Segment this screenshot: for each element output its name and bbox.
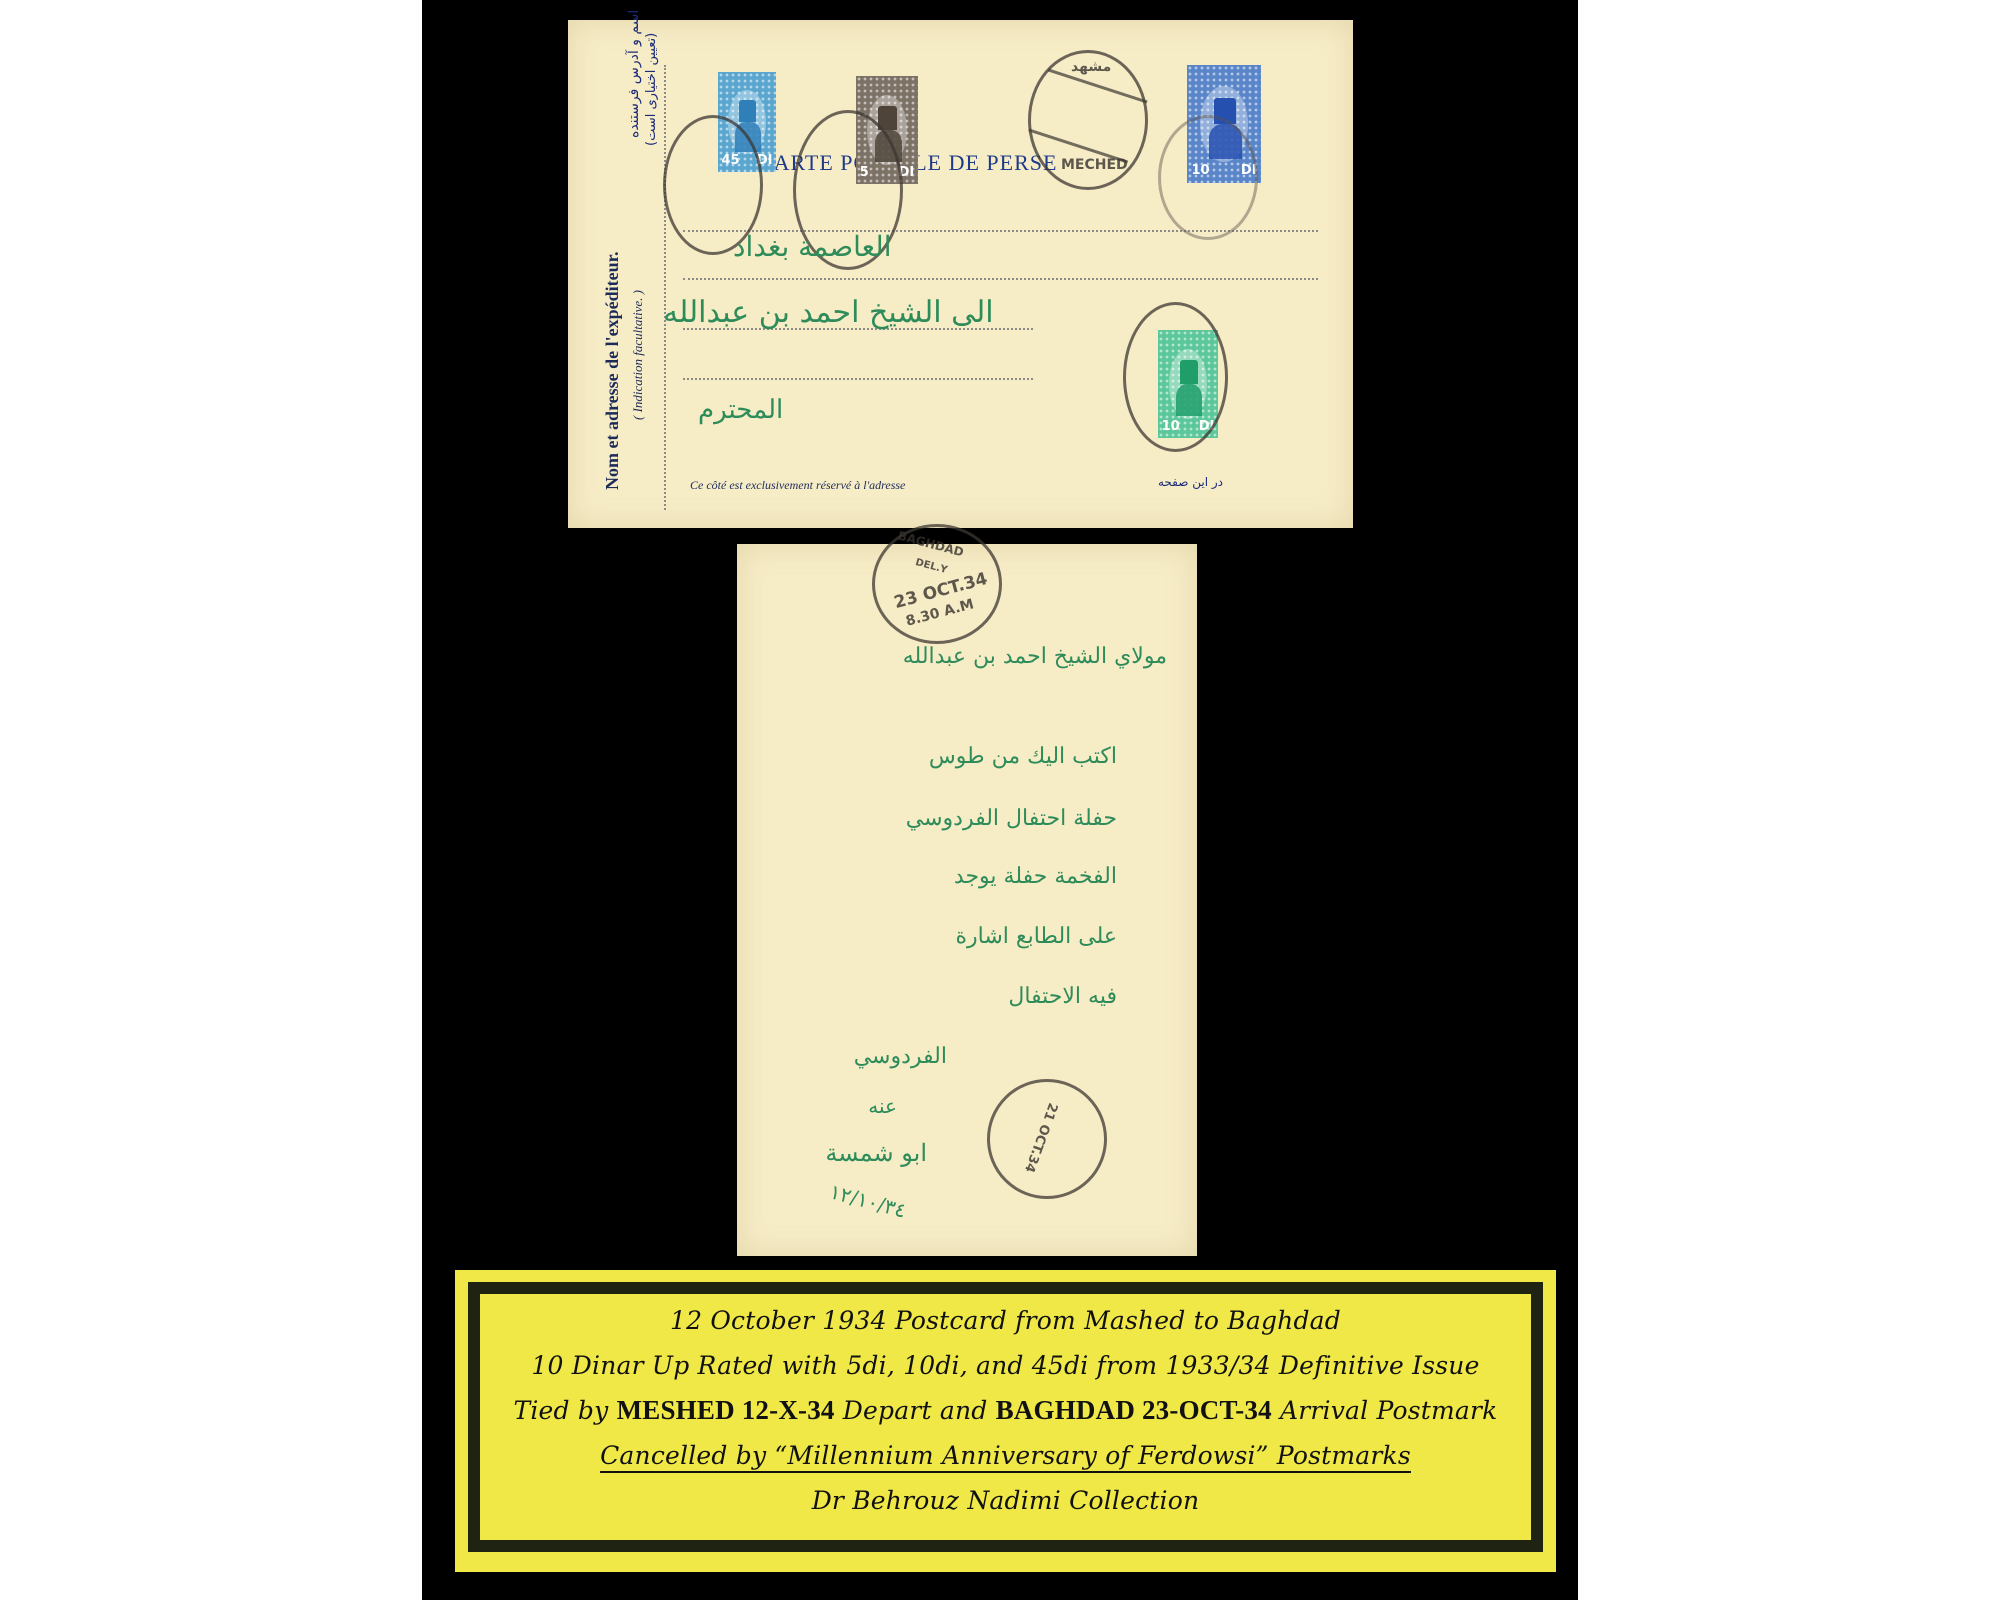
meshed-postmark: MECHED مشهد xyxy=(1028,50,1148,190)
baghdad-arrival-postmark: BAGHDAD DEL.Y 23 OCT.34 8.30 A.M xyxy=(872,524,1002,644)
handwritten-line: فيه الاحتفال xyxy=(1008,984,1117,1009)
caption-label: 12 October 1934 Postcard from Mashed to … xyxy=(455,1270,1556,1572)
handwritten-signature: ابو شمسة xyxy=(825,1139,927,1167)
ferdowsi-postmark xyxy=(1158,115,1258,240)
caption-cancellation: Cancelled by “Millennium Anniversary of … xyxy=(455,1433,1556,1478)
sender-divider xyxy=(664,65,666,510)
address-notice: Ce côté est exclusivement réservé à l'ad… xyxy=(690,478,905,493)
caption-stamps: 10 Dinar Up Rated with 5di, 10di, and 45… xyxy=(455,1343,1556,1388)
postmark-bar xyxy=(1028,69,1147,164)
handwritten-address-line: المحترم xyxy=(698,395,783,425)
handwritten-address-line: الى الشيخ احمد بن عبدالله xyxy=(663,295,994,330)
ferdowsi-postmark xyxy=(1123,302,1228,452)
persian-sender-note: (تعیین اختیاری است) xyxy=(644,33,659,146)
sender-note: ( Indication facultative. ) xyxy=(630,290,646,420)
sender-label: Nom et adresse de l'expéditeur. xyxy=(602,252,623,490)
handwritten-line: على الطابع اشارة xyxy=(955,924,1117,949)
handwritten-line: حفلة احتفال الفردوسي xyxy=(906,806,1117,831)
handwritten-line: الفردوسي xyxy=(854,1044,947,1069)
handwritten-line: مولاي الشيخ احمد بن عبدالله xyxy=(903,644,1167,669)
address-line xyxy=(683,278,1318,280)
postcard-back: BAGHDAD DEL.Y 23 OCT.34 8.30 A.M 21 OCT.… xyxy=(737,544,1197,1256)
caption-title: 12 October 1934 Postcard from Mashed to … xyxy=(455,1298,1556,1343)
persian-sender-label: اسم و آدرس فرستنده xyxy=(626,10,642,138)
caption-postmarks: Tied by MESHED 12-X-34 Depart and BAGHDA… xyxy=(455,1388,1556,1433)
postcard-front: Nom et adresse de l'expéditeur. ( Indica… xyxy=(568,20,1353,528)
handwritten-line: الفخمة حفلة يوجد xyxy=(954,864,1117,889)
handwritten-signature-line: عنه xyxy=(868,1094,897,1118)
handwritten-line: اكتب اليك من طوس xyxy=(929,744,1117,769)
handwritten-address-line: العاصمة بغداد xyxy=(733,230,891,263)
caption-collection: Dr Behrouz Nadimi Collection xyxy=(455,1478,1556,1523)
address-line xyxy=(683,378,1033,380)
persian-corner-text: در این صفحه xyxy=(1158,475,1223,489)
handwritten-date: ١٢/١٠/٣٤ xyxy=(827,1179,908,1222)
baghdad-transit-postmark: 21 OCT.34 xyxy=(987,1079,1107,1199)
